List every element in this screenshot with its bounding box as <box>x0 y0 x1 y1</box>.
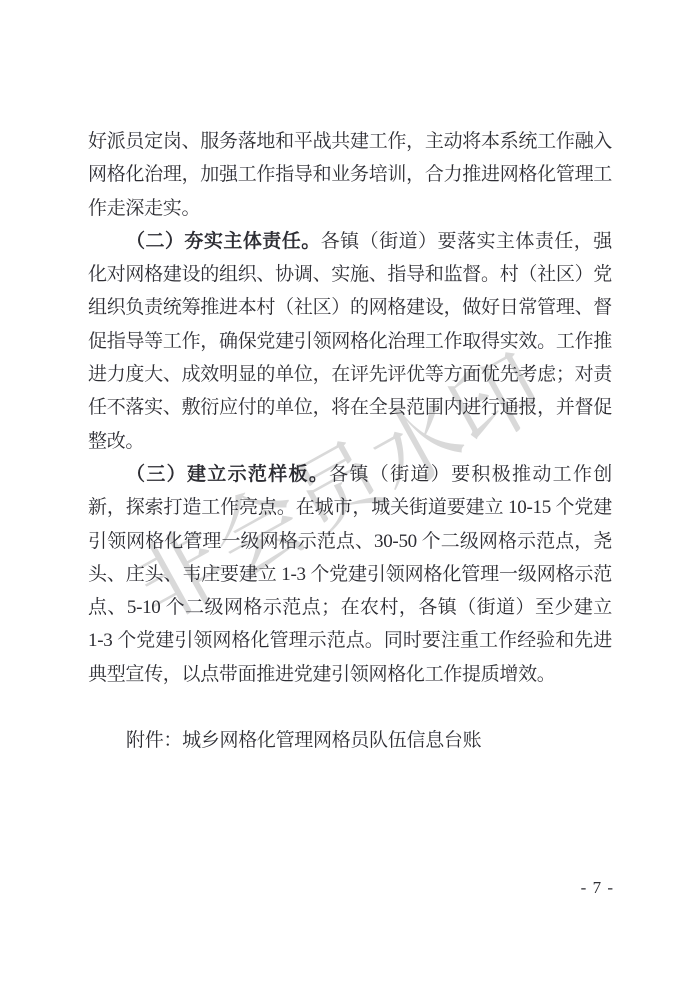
paragraph: （二）夯实主体责任。各镇（街道）要落实主体责任，强化对网格建设的组织、协调、实施… <box>88 225 612 458</box>
paragraph-heading: （三）建立示范样板。 <box>126 464 329 485</box>
paragraph: 好派员定岗、服务落地和平战共建工作，主动将本系统工作融入网格化治理，加强工作指导… <box>88 125 612 225</box>
attachment-line: 附件：城乡网格化管理网格员队伍信息台账 <box>88 724 612 757</box>
paragraph-text: 各镇（街道）要落实主体责任，强化对网格建设的组织、协调、实施、指导和监督。村（社… <box>88 231 612 452</box>
document-page: 非会员水印 好派员定岗、服务落地和平战共建工作，主动将本系统工作融入网格化治理，… <box>0 0 700 990</box>
paragraph: （三）建立示范样板。各镇（街道）要积极推动工作创新，探索打造工作亮点。在城市，城… <box>88 458 612 691</box>
paragraph-text: 附件：城乡网格化管理网格员队伍信息台账 <box>126 730 481 751</box>
paragraph-text: 好派员定岗、服务落地和平战共建工作，主动将本系统工作融入网格化治理，加强工作指导… <box>88 131 612 219</box>
page-number: - 7 - <box>581 878 614 898</box>
document-body: 好派员定岗、服务落地和平战共建工作，主动将本系统工作融入网格化治理，加强工作指导… <box>88 125 612 757</box>
paragraph-heading: （二）夯实主体责任。 <box>126 231 321 252</box>
paragraph-text: 各镇（街道）要积极推动工作创新，探索打造工作亮点。在城市，城关街道要建立 10-… <box>88 464 612 685</box>
